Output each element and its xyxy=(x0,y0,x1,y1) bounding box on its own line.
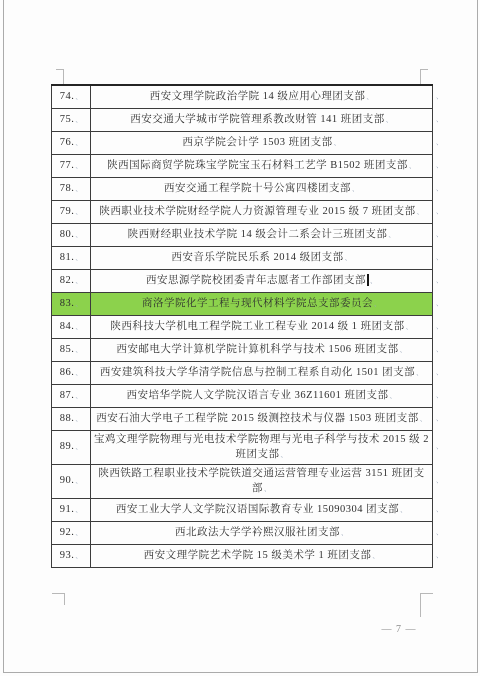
paragraph-mark-icon: 、 xyxy=(75,369,82,377)
row-end-marker-icon: 、 xyxy=(436,135,443,150)
paragraph-mark-icon: 、 xyxy=(75,477,82,485)
row-text-cell[interactable]: 西北政法大学学衿熙汉服社团支部、、 xyxy=(91,521,433,544)
paragraph-mark-icon: 、 xyxy=(75,185,82,193)
row-text-cell[interactable]: 陕西科技大学机电工程学院工业工程专业 2014 级 1 班团支部、、 xyxy=(91,315,433,338)
branch-name-text: 陕西铁路工程职业技术学院铁道交通运营管理专业运营 3151 班团支部 xyxy=(98,468,424,494)
row-end-marker-icon: 、 xyxy=(436,474,443,489)
paragraph-mark-icon: 、 xyxy=(334,139,341,147)
paragraph-mark-icon: 、 xyxy=(75,231,82,239)
branch-name-text: 西安思源学院校团委青年志愿者工作部团支部 xyxy=(146,275,366,286)
row-end-marker-icon: 、 xyxy=(436,227,443,242)
paragraph-mark-icon: 、 xyxy=(75,139,82,147)
branch-name-text: 宝鸡文理学院物理与光电技术学院物理与光电子科学与技术 2015 级 2 班团支部 xyxy=(94,434,429,460)
row-number: 74. xyxy=(60,91,75,102)
table-row: 91.、西安工业大学人文学院汉语国际教育专业 15090304 团支部、、 xyxy=(52,498,433,521)
row-end-marker-icon: 、 xyxy=(436,388,443,403)
page-number: — 7 — xyxy=(368,624,430,635)
row-number-cell[interactable]: 74.、 xyxy=(52,85,91,108)
row-text-cell[interactable]: 陕西铁路工程职业技术学院铁道交通运营管理专业运营 3151 班团支部、、 xyxy=(91,464,433,498)
paragraph-mark-icon: 、 xyxy=(345,254,352,262)
row-end-marker-icon: 、 xyxy=(436,204,443,219)
table-row: 87.、西安培华学院人文学院汉语言专业 36Z11601 班团支部、、 xyxy=(52,384,433,407)
row-number: 77. xyxy=(60,160,75,171)
paragraph-mark-icon: 、 xyxy=(75,162,82,170)
branch-name-text: 西安交通工程学院十号公寓四楼团支部 xyxy=(164,183,351,194)
row-number: 78. xyxy=(60,183,75,194)
branch-name-text: 商洛学院化学工程与现代材料学院总支部委员会 xyxy=(142,298,373,309)
branch-name-text: 陕西国际商贸学院珠宝学院宝玉石材料工艺学 B1502 班团支部 xyxy=(107,160,408,171)
row-text-cell[interactable]: 西安石油大学电子工程学院 2015 级测控技术与仪器 1503 班团支部、、 xyxy=(91,407,433,430)
row-number-cell[interactable]: 76.、 xyxy=(52,131,91,154)
row-number-cell[interactable]: 80.、 xyxy=(52,223,91,246)
row-end-marker-icon: 、 xyxy=(436,319,443,334)
paragraph-mark-icon: 、 xyxy=(372,552,379,560)
page-edge-bottom xyxy=(3,672,478,673)
row-number-cell[interactable]: 84.、 xyxy=(52,315,91,338)
table-row: 74.、西安文理学院政治学院 14 级应用心理团支部、、 xyxy=(52,85,433,108)
row-end-marker-icon: 、 xyxy=(436,112,443,127)
row-number: 76. xyxy=(60,137,75,148)
page-edge-right xyxy=(477,0,478,672)
paragraph-mark-icon: 、 xyxy=(75,254,82,262)
row-text-cell[interactable]: 商洛学院化学工程与现代材料学院总支部委员会、、 xyxy=(91,292,433,315)
paragraph-mark-icon: 、 xyxy=(366,93,373,101)
paragraph-mark-icon: 、 xyxy=(400,506,407,514)
row-text-cell[interactable]: 西安工业大学人文学院汉语国际教育专业 15090304 团支部、、 xyxy=(91,498,433,521)
text-boundary-mark-bottom-right xyxy=(420,593,433,617)
document-page: 74.、西安文理学院政治学院 14 级应用心理团支部、、75.、西安交通大学城市… xyxy=(0,0,480,676)
branch-name-text: 西安音乐学院民乐系 2014 级团支部 xyxy=(171,252,343,263)
row-text-cell[interactable]: 陕西国际商贸学院珠宝学院宝玉石材料工艺学 B1502 班团支部、、 xyxy=(91,154,433,177)
paragraph-mark-icon: 、 xyxy=(370,277,377,285)
paragraph-mark-icon: 、 xyxy=(281,451,288,459)
paragraph-mark-icon: 、 xyxy=(400,346,407,354)
row-number: 93. xyxy=(60,550,75,561)
row-number: 89. xyxy=(60,441,75,452)
row-end-marker-icon: 、 xyxy=(436,181,443,196)
row-text-cell[interactable]: 西安培华学院人文学院汉语言专业 36Z11601 班团支部、、 xyxy=(91,384,433,407)
paragraph-mark-icon: 、 xyxy=(75,277,82,285)
table-row: 78.、西安交通工程学院十号公寓四楼团支部、、 xyxy=(52,177,433,200)
row-text-cell[interactable]: 陕西财经职业技术学院 14 级会计二系会计三班团支部、、 xyxy=(91,223,433,246)
branch-name-text: 西安邮电大学计算机学院计算机科学与技术 1506 班团支部 xyxy=(116,344,398,355)
row-end-marker-icon: 、 xyxy=(436,250,443,265)
row-number: 83. xyxy=(60,298,75,309)
row-number-cell[interactable]: 81.、 xyxy=(52,246,91,269)
table-row: 86.、西安建筑科技大学华清学院信息与控制工程系自动化 1501 团支部、、 xyxy=(52,361,433,384)
paragraph-mark-icon: 、 xyxy=(352,185,359,193)
paragraph-mark-icon: 、 xyxy=(388,231,395,239)
paragraph-mark-icon: 、 xyxy=(75,323,82,331)
paragraph-mark-icon: 、 xyxy=(409,162,416,170)
table-row: 76.、西京学院会计学 1503 班团支部、、 xyxy=(52,131,433,154)
row-end-marker-icon: 、 xyxy=(436,548,443,563)
row-number-cell[interactable]: 86.、 xyxy=(52,361,91,384)
table-body: 74.、西安文理学院政治学院 14 级应用心理团支部、、75.、西安交通大学城市… xyxy=(52,85,433,567)
paragraph-mark-icon: 、 xyxy=(75,552,82,560)
row-number-cell[interactable]: 92.、 xyxy=(52,521,91,544)
row-end-marker-icon: 、 xyxy=(436,296,443,311)
row-text-cell[interactable]: 西安文理学院政治学院 14 级应用心理团支部、、 xyxy=(91,85,433,108)
table-row: 82.、西安思源学院校团委青年志愿者工作部团支部、、 xyxy=(52,269,433,292)
branch-list-table: 74.、西安文理学院政治学院 14 级应用心理团支部、、75.、西安交通大学城市… xyxy=(51,84,433,568)
row-text-cell[interactable]: 西安思源学院校团委青年志愿者工作部团支部、、 xyxy=(91,269,433,292)
branch-name-text: 西安文理学院政治学院 14 级应用心理团支部 xyxy=(150,91,366,102)
row-number-cell[interactable]: 77.、 xyxy=(52,154,91,177)
row-number-cell[interactable]: 93.、 xyxy=(52,544,91,567)
paragraph-mark-icon: 、 xyxy=(75,506,82,514)
row-number: 87. xyxy=(60,390,75,401)
table-row: 77.、陕西国际商贸学院珠宝学院宝玉石材料工艺学 B1502 班团支部、、 xyxy=(52,154,433,177)
row-text-cell[interactable]: 西安交通工程学院十号公寓四楼团支部、、 xyxy=(91,177,433,200)
row-text-cell[interactable]: 西安建筑科技大学华清学院信息与控制工程系自动化 1501 团支部、、 xyxy=(91,361,433,384)
row-text-cell[interactable]: 西京学院会计学 1503 班团支部、、 xyxy=(91,131,433,154)
table-row: 80.、陕西财经职业技术学院 14 级会计二系会计三班团支部、、 xyxy=(52,223,433,246)
row-end-marker-icon: 、 xyxy=(436,89,443,104)
branch-name-text: 西北政法大学学衿熙汉服社团支部 xyxy=(175,527,340,538)
paragraph-mark-icon: 、 xyxy=(75,208,82,216)
paragraph-mark-icon: 、 xyxy=(420,415,427,423)
paragraph-mark-icon: 、 xyxy=(75,529,82,537)
branch-name-text: 西京学院会计学 1503 班团支部 xyxy=(182,137,332,148)
row-number-cell[interactable]: 85.、 xyxy=(52,338,91,361)
table-row: 89.、宝鸡文理学院物理与光电技术学院物理与光电子科学与技术 2015 级 2 … xyxy=(52,430,433,464)
table-row: 93.、西安文理学院艺术学院 15 级美术学 1 班团支部、、 xyxy=(52,544,433,567)
branch-name-text: 陕西科技大学机电工程学院工业工程专业 2014 级 1 班团支部 xyxy=(110,321,404,332)
paragraph-mark-icon: 、 xyxy=(386,116,393,124)
row-text-cell[interactable]: 西安文理学院艺术学院 15 级美术学 1 班团支部、、 xyxy=(91,544,433,567)
row-end-marker-icon: 、 xyxy=(436,440,443,455)
row-text-cell[interactable]: 西安邮电大学计算机学院计算机科学与技术 1506 班团支部、、 xyxy=(91,338,433,361)
paragraph-mark-icon: 、 xyxy=(374,300,381,308)
row-number-cell[interactable]: 83.、 xyxy=(52,292,91,315)
branch-name-text: 西安文理学院艺术学院 15 级美术学 1 班团支部 xyxy=(144,550,372,561)
row-number: 79. xyxy=(60,206,75,217)
row-number-cell[interactable]: 75.、 xyxy=(52,108,91,131)
paragraph-mark-icon: 、 xyxy=(341,529,348,537)
row-number: 75. xyxy=(60,114,75,125)
row-number: 81. xyxy=(60,252,75,263)
paragraph-mark-icon: 、 xyxy=(264,485,271,493)
row-end-marker-icon: 、 xyxy=(436,502,443,517)
table-row: 79.、陕西职业技术学院财经学院人力资源管理专业 2015 级 7 班团支部、、 xyxy=(52,200,433,223)
paragraph-mark-icon: 、 xyxy=(75,346,82,354)
row-number: 90. xyxy=(60,475,75,486)
row-text-cell[interactable]: 西安交通大学城市学院管理系教改财管 141 班团支部、、 xyxy=(91,108,433,131)
row-number: 85. xyxy=(60,344,75,355)
branch-name-text: 西安交通大学城市学院管理系教改财管 141 班团支部 xyxy=(130,114,385,125)
paragraph-mark-icon: 、 xyxy=(416,369,423,377)
table-row: 83.、商洛学院化学工程与现代材料学院总支部委员会、、 xyxy=(52,292,433,315)
row-number: 88. xyxy=(60,413,75,424)
text-boundary-mark-top-left xyxy=(56,69,64,84)
table-row: 90.、陕西铁路工程职业技术学院铁道交通运营管理专业运营 3151 班团支部、、 xyxy=(52,464,433,498)
paragraph-mark-icon: 、 xyxy=(417,208,424,216)
row-end-marker-icon: 、 xyxy=(436,525,443,540)
paragraph-mark-icon: 、 xyxy=(390,392,397,400)
paragraph-mark-icon: 、 xyxy=(75,443,82,451)
table-row: 85.、西安邮电大学计算机学院计算机科学与技术 1506 班团支部、、 xyxy=(52,338,433,361)
table-row: 92.、西北政法大学学衿熙汉服社团支部、、 xyxy=(52,521,433,544)
row-number-cell[interactable]: 91.、 xyxy=(52,498,91,521)
paragraph-mark-icon: 、 xyxy=(406,323,413,331)
paragraph-mark-icon: 、 xyxy=(75,415,82,423)
row-text-cell[interactable]: 陕西职业技术学院财经学院人力资源管理专业 2015 级 7 班团支部、、 xyxy=(91,200,433,223)
row-number: 92. xyxy=(60,527,75,538)
table-row: 81.、西安音乐学院民乐系 2014 级团支部、、 xyxy=(52,246,433,269)
row-number-cell[interactable]: 90.、 xyxy=(52,464,91,498)
table-row: 88.、西安石油大学电子工程学院 2015 级测控技术与仪器 1503 班团支部… xyxy=(52,407,433,430)
paragraph-mark-icon: 、 xyxy=(75,116,82,124)
row-end-marker-icon: 、 xyxy=(436,273,443,288)
row-number-cell[interactable]: 88.、 xyxy=(52,407,91,430)
text-boundary-mark-bottom-left xyxy=(52,593,65,605)
row-text-cell[interactable]: 宝鸡文理学院物理与光电技术学院物理与光电子科学与技术 2015 级 2 班团支部… xyxy=(91,430,433,464)
branch-name-text: 西安培华学院人文学院汉语言专业 36Z11601 班团支部 xyxy=(126,390,388,401)
row-end-marker-icon: 、 xyxy=(436,365,443,380)
branch-name-text: 西安石油大学电子工程学院 2015 级测控技术与仪器 1503 班团支部 xyxy=(96,413,419,424)
text-boundary-mark-top-right xyxy=(420,69,428,84)
branch-name-text: 西安建筑科技大学华清学院信息与控制工程系自动化 1501 团支部 xyxy=(100,367,415,378)
row-number: 82. xyxy=(60,275,75,286)
row-number-cell[interactable]: 79.、 xyxy=(52,200,91,223)
row-end-marker-icon: 、 xyxy=(436,411,443,426)
branch-name-text: 陕西职业技术学院财经学院人力资源管理专业 2015 级 7 班团支部 xyxy=(99,206,415,217)
row-number: 80. xyxy=(60,229,75,240)
row-end-marker-icon: 、 xyxy=(436,158,443,173)
row-number-cell[interactable]: 89.、 xyxy=(52,430,91,464)
row-number-cell[interactable]: 78.、 xyxy=(52,177,91,200)
row-number: 84. xyxy=(60,321,75,332)
table-row: 75.、西安交通大学城市学院管理系教改财管 141 班团支部、、 xyxy=(52,108,433,131)
branch-name-text: 西安工业大学人文学院汉语国际教育专业 15090304 团支部 xyxy=(116,504,399,515)
table-row: 84.、陕西科技大学机电工程学院工业工程专业 2014 级 1 班团支部、、 xyxy=(52,315,433,338)
branch-name-text: 陕西财经职业技术学院 14 级会计二系会计三班团支部 xyxy=(128,229,388,240)
row-number: 91. xyxy=(60,504,75,515)
paragraph-mark-icon: 、 xyxy=(75,392,82,400)
row-number: 86. xyxy=(60,367,75,378)
page-edge-left xyxy=(3,0,4,672)
row-text-cell[interactable]: 西安音乐学院民乐系 2014 级团支部、、 xyxy=(91,246,433,269)
text-cursor xyxy=(367,274,369,286)
row-number-cell[interactable]: 87.、 xyxy=(52,384,91,407)
paragraph-mark-icon: 、 xyxy=(75,93,82,101)
paragraph-mark-icon: 、 xyxy=(75,300,82,308)
row-end-marker-icon: 、 xyxy=(436,342,443,357)
row-number-cell[interactable]: 82.、 xyxy=(52,269,91,292)
